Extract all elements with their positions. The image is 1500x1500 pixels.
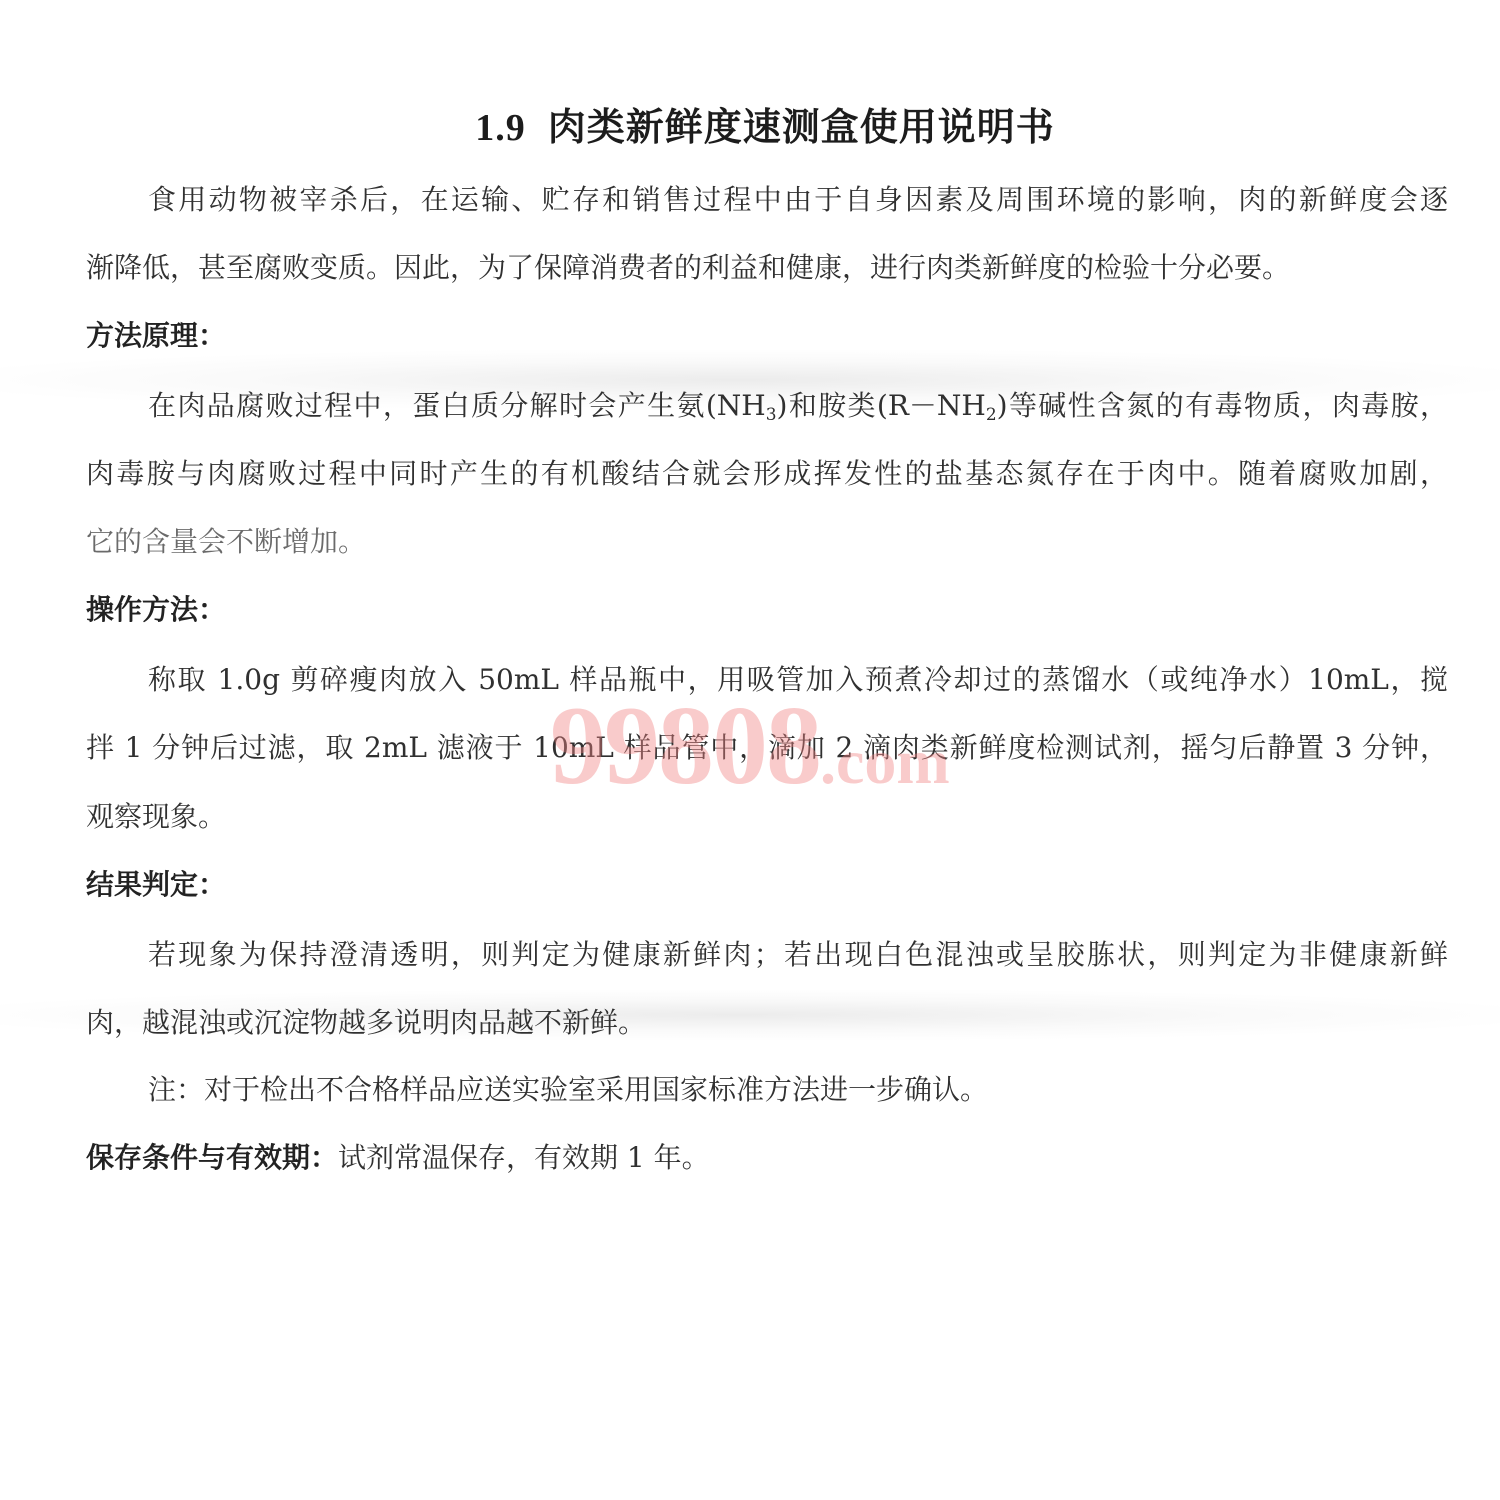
principle-line-3: 它的含量会不断增加。 bbox=[86, 522, 1448, 562]
subscript: 2 bbox=[986, 405, 997, 425]
document-title: 1.9肉类新鲜度速测盒使用说明书 bbox=[0, 96, 1500, 151]
storage-heading: 保存条件与有效期： bbox=[86, 1141, 338, 1174]
result-line-1: 若现象为保持澄清透明，则判定为健康新鲜肉；若出现白色混浊或呈胶胨状，则判定为非健… bbox=[148, 935, 1448, 975]
principle-text: )等碱性含氮的有毒物质，肉毒胺， bbox=[997, 389, 1448, 422]
result-line-2: 肉，越混浊或沉淀物越多说明肉品越不新鲜。 bbox=[86, 1003, 1448, 1043]
intro-line-1: 食用动物被宰杀后，在运输、贮存和销售过程中由于自身因素及周围环境的影响，肉的新鲜… bbox=[148, 180, 1448, 220]
scanned-page: 1.9肉类新鲜度速测盒使用说明书 食用动物被宰杀后，在运输、贮存和销售过程中由于… bbox=[0, 0, 1500, 1500]
storage-section: 保存条件与有效期：试剂常温保存，有效期 1 年。 bbox=[86, 1138, 710, 1178]
principle-text: )和胺类(R－NH bbox=[777, 389, 986, 422]
intro-line-2: 渐降低，甚至腐败变质。因此，为了保障消费者的利益和健康，进行肉类新鲜度的检验十分… bbox=[86, 248, 1448, 288]
principle-heading: 方法原理： bbox=[86, 316, 226, 356]
result-heading: 结果判定： bbox=[86, 865, 226, 905]
operation-line-3: 观察现象。 bbox=[86, 797, 1448, 837]
operation-line-1: 称取 1.0g 剪碎瘦肉放入 50mL 样品瓶中，用吸管加入预煮冷却过的蒸馏水（… bbox=[148, 660, 1448, 700]
operation-line-2: 拌 1 分钟后过滤，取 2mL 滤液于 10mL 样品管中，滴加 2 滴肉类新鲜… bbox=[86, 728, 1448, 768]
principle-line-2: 肉毒胺与肉腐败过程中同时产生的有机酸结合就会形成挥发性的盐基态氮存在于肉中。随着… bbox=[86, 454, 1448, 494]
title-text: 肉类新鲜度速测盒使用说明书 bbox=[548, 104, 1055, 149]
operation-heading: 操作方法： bbox=[86, 590, 226, 630]
principle-text: 在肉品腐败过程中，蛋白质分解时会产生氨(NH bbox=[148, 389, 766, 422]
result-note: 注：对于检出不合格样品应送实验室采用国家标准方法进一步确认。 bbox=[148, 1070, 1448, 1110]
subscript: 3 bbox=[766, 405, 777, 425]
storage-text: 试剂常温保存，有效期 1 年。 bbox=[338, 1141, 710, 1174]
principle-line-1: 在肉品腐败过程中，蛋白质分解时会产生氨(NH3)和胺类(R－NH2)等碱性含氮的… bbox=[148, 386, 1448, 426]
title-number: 1.9 bbox=[475, 107, 526, 149]
